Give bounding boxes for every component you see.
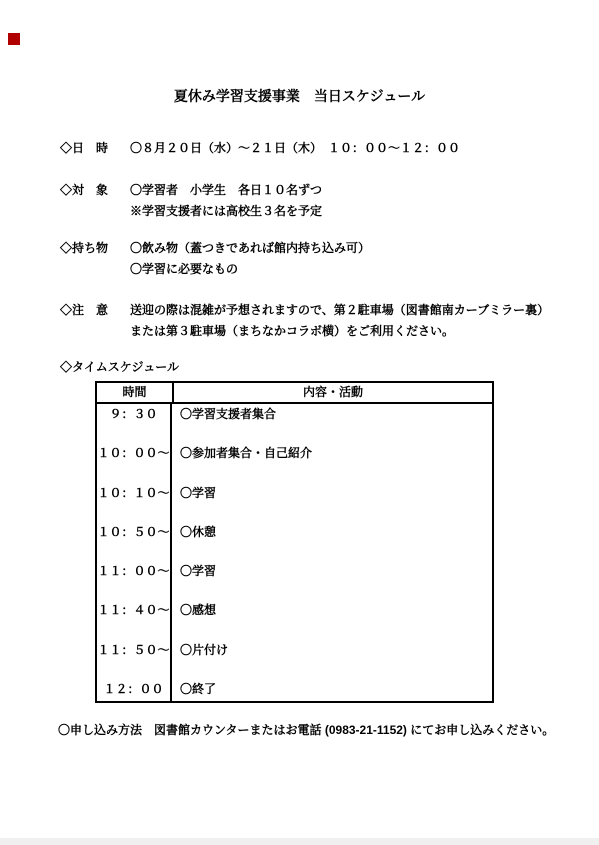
section-text-line: 送迎の際は混雑が予想されますので、第２駐車場（図書館南カーブミラー裏）	[130, 300, 549, 321]
schedule-table-header: 時間 内容・活動	[97, 383, 492, 404]
section-text-line: 〇学習に必要なもの	[130, 259, 370, 280]
red-corner-marker	[8, 33, 20, 45]
section-target: ◇対 象 〇学習者 小学生 各日１０名ずつ ※学習支援者には高校生３名を予定	[60, 180, 322, 222]
column-header-time: 時間	[97, 383, 174, 402]
section-text-line: または第３駐車場（まちなかコラボ横）をご利用ください。	[130, 321, 549, 342]
page-bottom-strip	[0, 838, 599, 845]
schedule-row: １１：５０～ 〇片付け	[97, 640, 492, 679]
schedule-table-body: ９：３０ 〇学習支援者集合 １０：００～ 〇参加者集合・自己紹介 １０：１０～ …	[97, 404, 492, 703]
time-cell: １０：１０～	[97, 483, 172, 522]
activity-cell: 〇学習	[172, 561, 492, 600]
column-header-activity: 内容・活動	[174, 383, 492, 402]
section-label: ◇持ち物	[60, 238, 130, 259]
time-cell: １０：００～	[97, 443, 172, 482]
section-label: ◇対 象	[60, 180, 130, 201]
section-items-to-bring: ◇持ち物 〇飲み物（蓋つきであれば館内持ち込み可） 〇学習に必要なもの	[60, 238, 370, 280]
section-text-line: 〇８月２０日（水）～２１日（木） １０：００～１２：００	[130, 138, 460, 159]
time-cell: １１：００～	[97, 561, 172, 600]
schedule-row: １０：５０～ 〇休憩	[97, 522, 492, 561]
time-cell: ９：３０	[97, 404, 172, 443]
time-cell: １１：５０～	[97, 640, 172, 679]
schedule-row: １０：００～ 〇参加者集合・自己紹介	[97, 443, 492, 482]
section-text-line: 〇飲み物（蓋つきであれば館内持ち込み可）	[130, 238, 370, 259]
activity-cell: 〇片付け	[172, 640, 492, 679]
section-text-line: 〇学習者 小学生 各日１０名ずつ	[130, 180, 322, 201]
activity-cell: 〇参加者集合・自己紹介	[172, 443, 492, 482]
section-label: ◇注 意	[60, 300, 130, 321]
section-datetime: ◇日 時 〇８月２０日（水）～２１日（木） １０：００～１２：００	[60, 138, 460, 159]
schedule-row: １１：４０～ 〇感想	[97, 600, 492, 639]
section-caution: ◇注 意 送迎の際は混雑が予想されますので、第２駐車場（図書館南カーブミラー裏）…	[60, 300, 549, 342]
document-page: 夏休み学習支援事業 当日スケジュール ◇日 時 〇８月２０日（水）～２１日（木）…	[0, 0, 599, 845]
activity-cell: 〇学習	[172, 483, 492, 522]
document-title: 夏休み学習支援事業 当日スケジュール	[0, 87, 599, 105]
time-cell: １０：５０～	[97, 522, 172, 561]
activity-cell: 〇感想	[172, 600, 492, 639]
activity-cell: 〇休憩	[172, 522, 492, 561]
activity-cell: 〇学習支援者集合	[172, 404, 492, 443]
section-label: ◇日 時	[60, 138, 130, 159]
time-cell: １１：４０～	[97, 600, 172, 639]
activity-cell: 〇終了	[172, 679, 492, 703]
schedule-table: 時間 内容・活動 ９：３０ 〇学習支援者集合 １０：００～ 〇参加者集合・自己紹…	[95, 381, 494, 703]
schedule-row: ９：３０ 〇学習支援者集合	[97, 404, 492, 443]
schedule-heading: ◇タイムスケジュール	[60, 357, 179, 378]
schedule-row: １２：００ 〇終了	[97, 679, 492, 703]
section-text-line: ※学習支援者には高校生３名を予定	[130, 201, 322, 222]
schedule-row: １１：００～ 〇学習	[97, 561, 492, 600]
schedule-row: １０：１０～ 〇学習	[97, 483, 492, 522]
time-cell: １２：００	[97, 679, 172, 703]
application-method-note: 〇申し込み方法 図書館カウンターまたはお電話 (0983-21-1152) にて…	[58, 723, 554, 737]
